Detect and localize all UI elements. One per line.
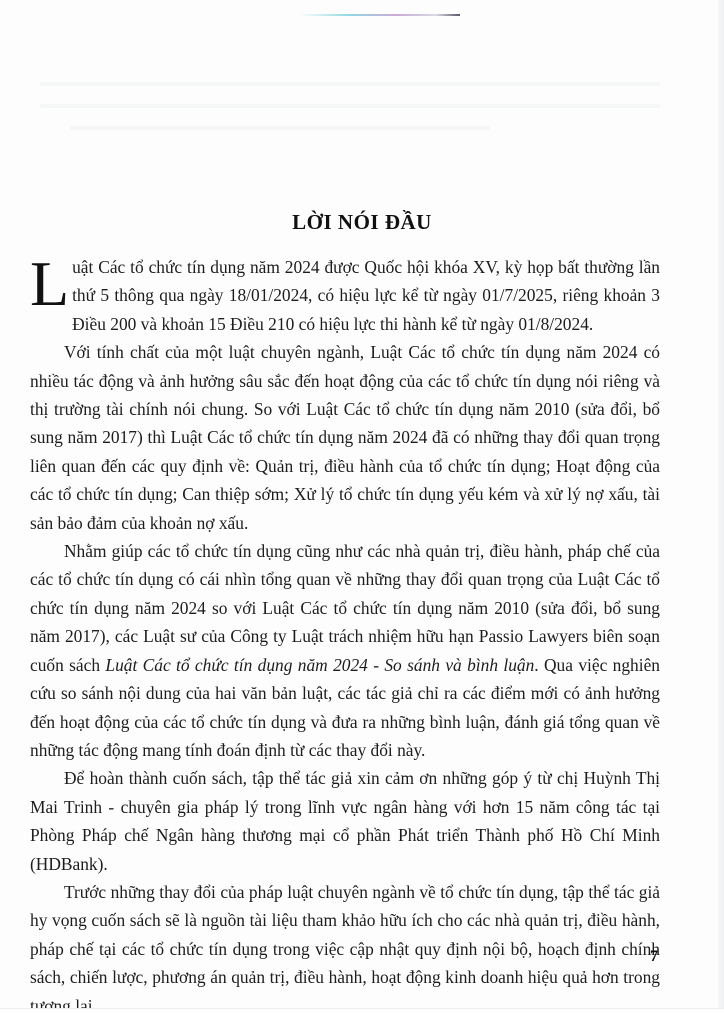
show-through-text	[70, 126, 490, 130]
paragraph-4: Để hoàn thành cuốn sách, tập thể tác giả…	[30, 764, 660, 878]
paragraph-1: Luật Các tổ chức tín dụng năm 2024 được …	[30, 253, 660, 338]
preface-body: Luật Các tổ chức tín dụng năm 2024 được …	[30, 253, 660, 1020]
page-bottom-edge	[0, 1008, 724, 1024]
page-number: 7	[650, 948, 658, 966]
drop-cap: L	[30, 259, 69, 311]
paragraph-1-text: uật Các tổ chức tín dụng năm 2024 được Q…	[72, 257, 660, 334]
scan-edge	[718, 0, 724, 1024]
paragraph-5: Trước những thay đổi của pháp luật chuyê…	[30, 878, 660, 1020]
show-through-text	[40, 104, 660, 108]
paragraph-2: Với tính chất của một luật chuyên ngành,…	[30, 338, 660, 537]
show-through-text	[40, 82, 660, 86]
page-title: LỜI NÓI ĐẦU	[0, 210, 724, 235]
scan-artifact-line	[300, 14, 460, 16]
paragraph-3: Nhằm giúp các tổ chức tín dụng cũng như …	[30, 537, 660, 764]
document-page: LỜI NÓI ĐẦU Luật Các tổ chức tín dụng nă…	[0, 0, 724, 1024]
book-title: Luật Các tổ chức tín dụng năm 2024 - So …	[105, 655, 534, 675]
